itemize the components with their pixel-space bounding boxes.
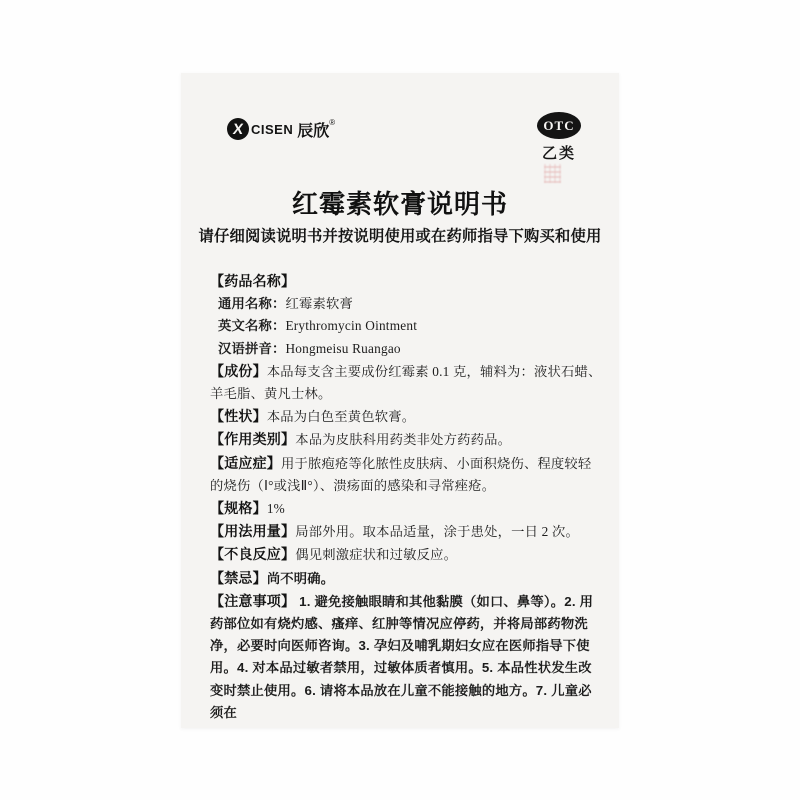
section-line-11: 【禁忌】尚不明确。: [210, 567, 604, 590]
section-body: 红霉素软膏: [285, 296, 352, 311]
section-body: 本品为白色至黄色软膏。: [267, 409, 415, 424]
section-body: 1. 避免接触眼睛和其他黏膜（如口、鼻等）。2. 用药部位如有烧灼感、瘙痒、红肿…: [210, 594, 593, 720]
brand-name-en: CISEN: [251, 122, 293, 137]
leaflet-title: 红霉素软膏说明书: [181, 184, 619, 221]
brand-logo: X CISEN 辰欣 ®: [227, 117, 335, 141]
section-body: Hongmeisu Ruangao: [285, 341, 400, 356]
section-heading: 【药品名称】: [210, 273, 295, 289]
section-body: 偶见刺激症状和过敏反应。: [295, 547, 457, 562]
section-line-5: 【性状】本品为白色至黄色软膏。: [210, 405, 604, 428]
logo-x-glyph: X: [232, 122, 244, 137]
registered-mark: ®: [329, 118, 335, 127]
section-line-3: 汉语拼音：Hongmeisu Ruangao: [210, 338, 604, 360]
field-label: 汉语拼音：: [218, 341, 285, 356]
section-line-7: 【适应症】用于脓疱疮等化脓性皮肤病、小面积烧伤、程度较轻的烧伤（Ⅰ°或浅Ⅱ°）、…: [210, 452, 604, 497]
section-line-4: 【成份】本品每支含主要成份红霉素 0.1 克，辅料为：液状石蜡、羊毛脂、黄凡士林…: [210, 360, 604, 405]
otc-block: OTC 乙类: [536, 112, 582, 163]
section-heading: 【不良反应】: [210, 546, 295, 562]
section-line-12: 【注意事项】 1. 避免接触眼睛和其他黏膜（如口、鼻等）。2. 用药部位如有烧灼…: [210, 590, 604, 724]
section-heading: 【注意事项】: [210, 593, 295, 609]
section-body: 1%: [267, 501, 285, 516]
section-heading: 【用法用量】: [210, 523, 295, 539]
faint-red-stamp: [544, 164, 561, 183]
section-line-10: 【不良反应】偶见刺激症状和过敏反应。: [210, 543, 604, 566]
section-body: 尚不明确。: [267, 571, 334, 586]
brand-name-cn: 辰欣: [297, 118, 329, 141]
section-line-2: 英文名称：Erythromycin Ointment: [210, 315, 604, 337]
field-label: 英文名称：: [218, 318, 285, 333]
section-body: 局部外用。取本品适量，涂于患处，一日 2 次。: [295, 524, 579, 539]
leaflet: X CISEN 辰欣 ® OTC 乙类 红霉素软膏说明书 请仔细阅读说明书并按说…: [181, 73, 619, 728]
section-line-9: 【用法用量】局部外用。取本品适量，涂于患处，一日 2 次。: [210, 520, 604, 543]
section-body: 本品为皮肤科用药类非处方药药品。: [295, 432, 511, 447]
section-heading: 【禁忌】: [210, 570, 267, 586]
section-heading: 【适应症】: [210, 455, 281, 471]
section-line-8: 【规格】1%: [210, 497, 604, 520]
field-label: 通用名称：: [218, 296, 285, 311]
otc-label: OTC: [543, 118, 574, 134]
leaflet-content: 【药品名称】通用名称：红霉素软膏英文名称：Erythromycin Ointme…: [210, 270, 604, 724]
leaflet-subtitle: 请仔细阅读说明书并按说明使用或在药师指导下购买和使用: [181, 224, 619, 246]
section-heading: 【成份】: [210, 363, 267, 379]
otc-badge: OTC: [537, 112, 581, 139]
section-body: 本品每支含主要成份红霉素 0.1 克，辅料为：液状石蜡、羊毛脂、黄凡士林。: [210, 364, 602, 401]
section-line-0: 【药品名称】: [210, 270, 604, 293]
section-heading: 【规格】: [210, 500, 267, 516]
section-heading: 【作用类别】: [210, 431, 295, 447]
section-heading: 【性状】: [210, 408, 267, 424]
cisen-logo-icon: X: [227, 118, 249, 140]
section-line-6: 【作用类别】本品为皮肤科用药类非处方药药品。: [210, 428, 604, 451]
section-body: Erythromycin Ointment: [285, 318, 417, 333]
section-line-1: 通用名称：红霉素软膏: [210, 293, 604, 315]
otc-category-label: 乙类: [536, 142, 582, 163]
